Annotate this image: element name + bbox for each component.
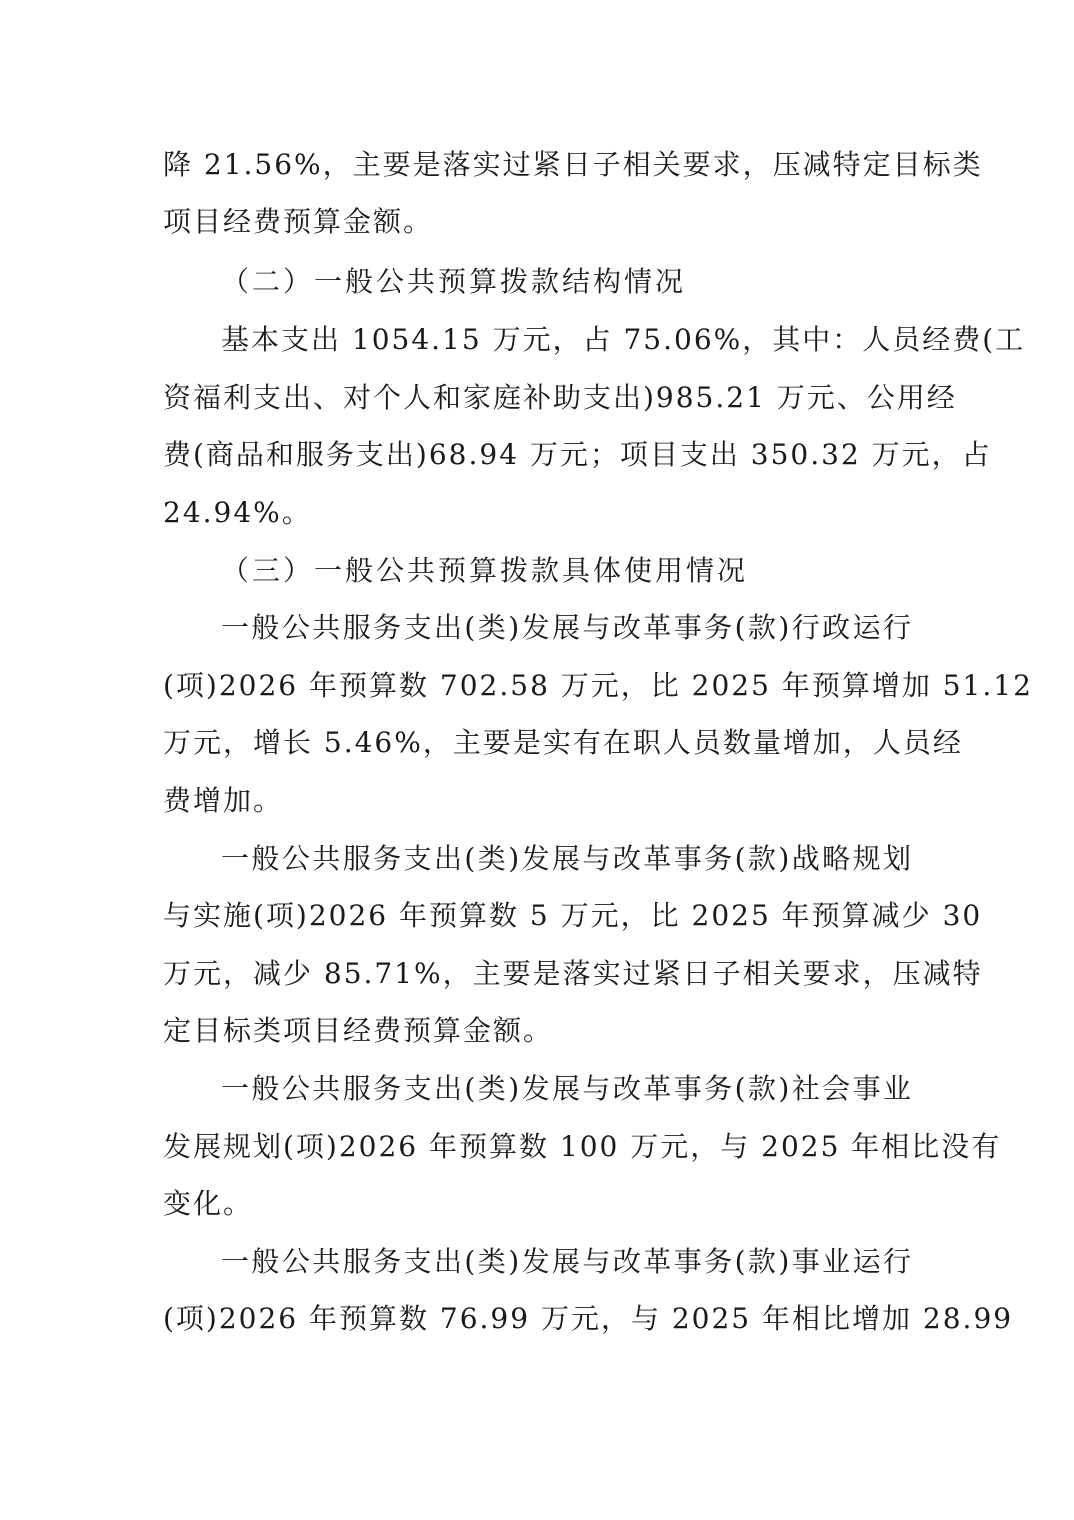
paragraph-line: 变化。	[163, 1186, 913, 1222]
paragraph-line: 基本支出 1054.15 万元，占 75.06%，其中：人员经费(工	[221, 322, 913, 358]
paragraph-line: 万元，减少 85.71%，主要是落实过紧日子相关要求，压减特	[163, 956, 913, 992]
paragraph-line: 降 21.56%，主要是落实过紧日子相关要求，压减特定目标类	[163, 147, 913, 183]
paragraph-line: 一般公共服务支出(类)发展与改革事务(款)战略规划	[221, 841, 913, 877]
section-heading-3: （三）一般公共预算拨款具体使用情况	[221, 553, 748, 589]
paragraph-line: 24.94%。	[163, 495, 913, 531]
document-page: 降 21.56%，主要是落实过紧日子相关要求，压减特定目标类 项目经费预算金额。…	[0, 0, 1074, 1520]
paragraph-line: 费(商品和服务支出)68.94 万元；项目支出 350.32 万元，占	[163, 437, 913, 473]
paragraph-line: 费增加。	[163, 783, 913, 819]
paragraph-line: 一般公共服务支出(类)发展与改革事务(款)事业运行	[221, 1244, 913, 1280]
paragraph-line: (项)2026 年预算数 76.99 万元，与 2025 年相比增加 28.99	[163, 1301, 913, 1337]
paragraph-line: 项目经费预算金额。	[163, 204, 913, 240]
paragraph-line: (项)2026 年预算数 702.58 万元，比 2025 年预算增加 51.1…	[163, 668, 913, 704]
paragraph-line: 万元，增长 5.46%，主要是实有在职人员数量增加，人员经	[163, 725, 913, 761]
paragraph-line: 定目标类项目经费预算金额。	[163, 1013, 913, 1049]
paragraph-line: 发展规划(项)2026 年预算数 100 万元，与 2025 年相比没有	[163, 1129, 913, 1165]
paragraph-line: 一般公共服务支出(类)发展与改革事务(款)行政运行	[221, 610, 913, 646]
section-heading-2: （二）一般公共预算拨款结构情况	[221, 264, 686, 300]
paragraph-line: 与实施(项)2026 年预算数 5 万元，比 2025 年预算减少 30	[163, 898, 913, 934]
paragraph-line: 资福利支出、对个人和家庭补助支出)985.21 万元、公用经	[163, 380, 913, 416]
paragraph-line: 一般公共服务支出(类)发展与改革事务(款)社会事业	[221, 1071, 913, 1107]
